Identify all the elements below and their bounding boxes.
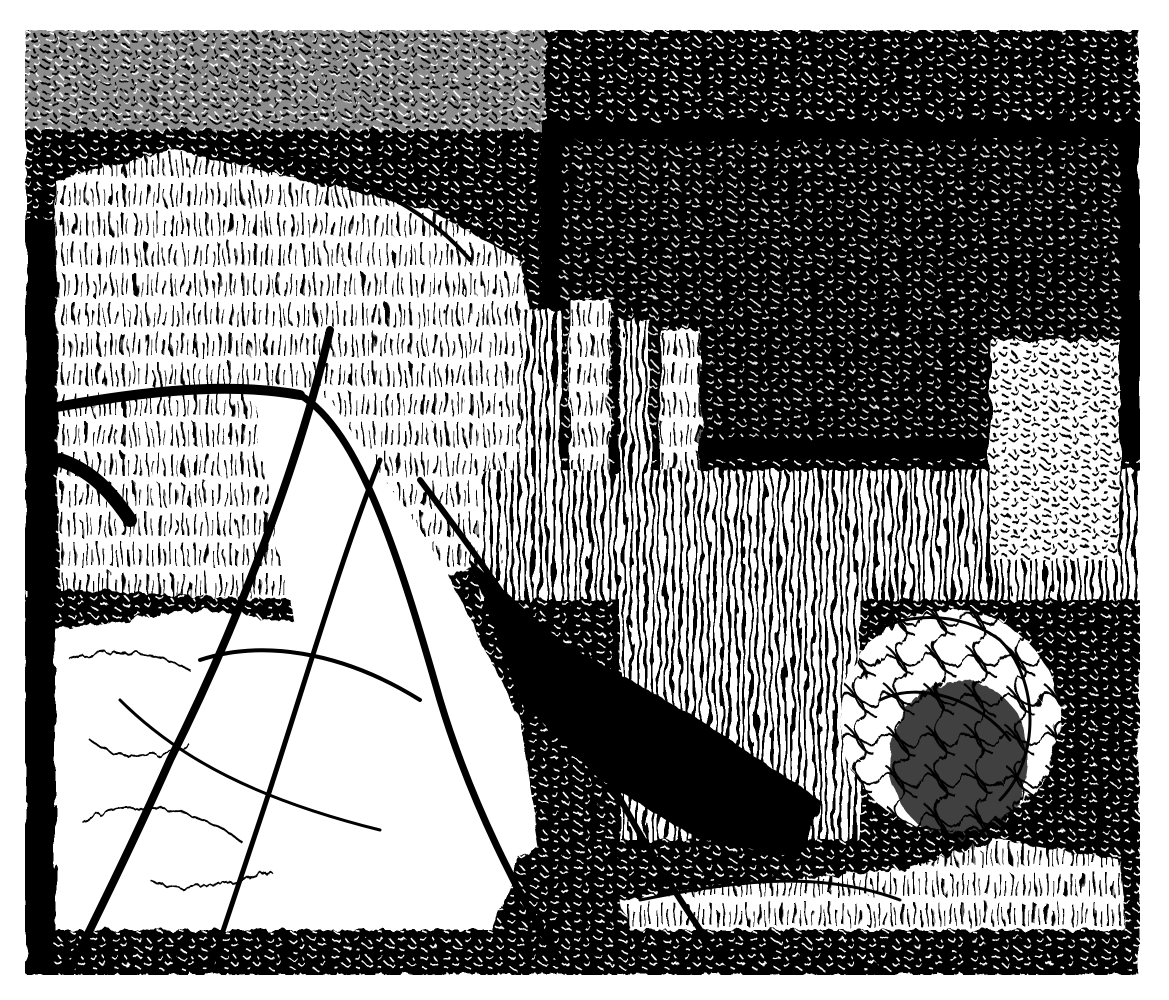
woodcut-print xyxy=(0,0,1169,1000)
